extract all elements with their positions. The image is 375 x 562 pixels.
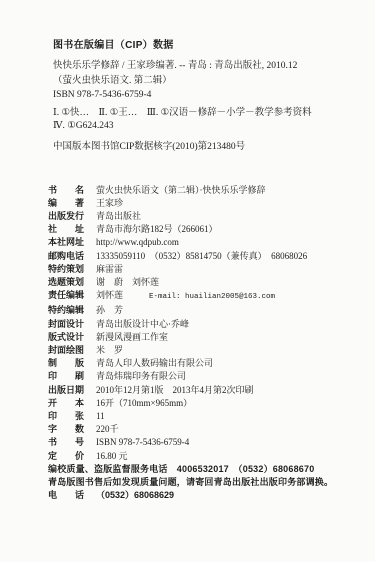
- table-row-responsible-editor: 责任编辑 刘怀莲E-mail: huailian2005@163.com: [48, 289, 349, 304]
- table-row-publish-date: 出版日期 2010年12月第1版 2013年4月第2次印刷: [48, 384, 349, 397]
- row-value: 萤火虫快乐语文（第二辑）·快快乐乐学修辞: [96, 184, 349, 197]
- row-value: 米 罗: [96, 344, 349, 357]
- row-value: 220千: [96, 423, 349, 436]
- table-row-special-planner: 特约策划 麻雷雷: [48, 263, 349, 276]
- row-value: 谢 蔚 刘怀莲: [96, 276, 349, 289]
- row-value: （0532）68068629: [96, 489, 349, 502]
- row-label: 出版日期: [48, 384, 87, 397]
- row-label: 封面绘图: [48, 344, 87, 357]
- table-row-mail-order-phone: 邮购电话 13335059110 （0532）85814750（兼传真） 680…: [48, 250, 349, 263]
- row-label: 特约策划: [48, 263, 87, 276]
- table-row-topic-planner: 选题策划 谢 蔚 刘怀莲: [48, 276, 349, 289]
- row-value: 11: [96, 410, 349, 423]
- cip-record-number: 中国版本图书馆CIP数据核字(2010)第213480号: [53, 140, 349, 154]
- row-label: 封面设计: [48, 318, 87, 331]
- row-label: 制 版: [48, 357, 87, 370]
- cip-classification: Ⅰ. ①快… Ⅱ. ①王… Ⅲ. ①汉语－修辞－小学－教学参考资料 Ⅳ. ①G6…: [53, 107, 349, 134]
- row-value: 2010年12月第1版 2013年4月第2次印刷: [96, 384, 349, 397]
- row-label: 书 号: [48, 436, 87, 449]
- editor-name: 刘怀莲: [96, 290, 123, 300]
- row-value: 新漫风漫画工作室: [96, 331, 349, 344]
- cip-title-line: 快快乐乐学修辞 / 王家珍编著. -- 青岛 : 青岛出版社, 2010.12: [53, 59, 349, 74]
- row-value: 青岛炜瑞印务有限公司: [96, 370, 349, 383]
- row-label: 本社网址: [48, 236, 87, 249]
- row-value: 13335059110 （0532）85814750（兼传真） 68068026: [96, 250, 349, 263]
- row-value: 王家珍: [96, 197, 349, 210]
- row-value: 孙 芳: [96, 304, 349, 317]
- row-value: ISBN 978-7-5436-6759-4: [96, 436, 349, 449]
- editor-email: E-mail: huailian2005@163.com: [149, 293, 275, 301]
- table-row-printing: 印 刷 青岛炜瑞印务有限公司: [48, 370, 349, 383]
- row-label: 版式设计: [48, 331, 87, 344]
- row-value: 麻雷雷: [96, 263, 349, 276]
- row-value: 16开（710mm×965mm）: [96, 397, 349, 410]
- row-label: 印 刷: [48, 370, 87, 383]
- row-label: 责任编辑: [48, 289, 87, 304]
- cip-description: 快快乐乐学修辞 / 王家珍编著. -- 青岛 : 青岛出版社, 2010.12 …: [53, 59, 349, 103]
- row-label: 选题策划: [48, 276, 87, 289]
- table-row-plate-making: 制 版 青岛人印人数码输出有限公司: [48, 357, 349, 370]
- row-label: 书 名: [48, 184, 87, 197]
- table-row-publisher: 出版发行 青岛出版社: [48, 210, 349, 223]
- cip-isbn-line: ISBN 978-7-5436-6759-4: [53, 88, 349, 103]
- table-row-layout-design: 版式设计 新漫风漫画工作室: [48, 331, 349, 344]
- row-label: 社 址: [48, 223, 87, 236]
- table-row-book-title: 书 名 萤火虫快乐语文（第二辑）·快快乐乐学修辞: [48, 184, 349, 197]
- cip-class-line-1: Ⅰ. ①快… Ⅱ. ①王… Ⅲ. ①汉语－修辞－小学－教学参考资料: [53, 107, 349, 121]
- table-row-cover-design: 封面设计 青岛出版设计中心·乔峰: [48, 318, 349, 331]
- quality-hotline-notice: 编校质量、盗版监督服务电话 4006532017 （0532）68068670: [48, 463, 349, 476]
- row-label: 出版发行: [48, 210, 87, 223]
- cip-class-line-2: Ⅳ. ①G624.243: [53, 120, 349, 134]
- row-value: 青岛出版社: [96, 210, 349, 223]
- table-row-cover-illustration: 封面绘图 米 罗: [48, 344, 349, 357]
- table-row-word-count: 字 数 220千: [48, 423, 349, 436]
- row-value: 青岛出版设计中心·乔峰: [96, 318, 349, 331]
- row-value: http://www.qdpub.com: [96, 236, 349, 249]
- colophon-table: 书 名 萤火虫快乐语文（第二辑）·快快乐乐学修辞 编 著 王家珍 出版发行 青岛…: [48, 184, 349, 503]
- row-value: 刘怀莲E-mail: huailian2005@163.com: [96, 289, 349, 304]
- cip-series-line: （萤火虫快乐语文. 第二辑）: [53, 74, 349, 89]
- copyright-page: 图书在版编目（CIP）数据 快快乐乐学修辞 / 王家珍编著. -- 青岛 : 青…: [0, 0, 375, 562]
- cip-heading: 图书在版编目（CIP）数据: [53, 40, 349, 52]
- cip-section: 图书在版编目（CIP）数据 快快乐乐学修辞 / 王家珍编著. -- 青岛 : 青…: [53, 40, 349, 154]
- table-row-sheets: 印 张 11: [48, 410, 349, 423]
- table-row-website: 本社网址 http://www.qdpub.com: [48, 236, 349, 249]
- table-row-address: 社 址 青岛市海尔路182号（266061）: [48, 223, 349, 236]
- table-row-author: 编 著 王家珍: [48, 197, 349, 210]
- return-policy-notice: 青岛版图书售后如发现质量问题，请寄回青岛出版社出版印务部调换。: [48, 476, 349, 489]
- row-value: 青岛市海尔路182号（266061）: [96, 223, 349, 236]
- row-value: 16.80 元: [96, 450, 349, 463]
- table-row-format: 开 本 16开（710mm×965mm）: [48, 397, 349, 410]
- table-row-price: 定 价 16.80 元: [48, 450, 349, 463]
- row-label: 开 本: [48, 397, 87, 410]
- row-value: 青岛人印人数码输出有限公司: [96, 357, 349, 370]
- table-row-book-number: 书 号 ISBN 978-7-5436-6759-4: [48, 436, 349, 449]
- table-row-special-editor: 特约编辑 孙 芳: [48, 304, 349, 317]
- row-label: 定 价: [48, 450, 87, 463]
- row-label: 印 张: [48, 410, 87, 423]
- row-label: 电 话: [48, 489, 87, 502]
- row-label: 编 著: [48, 197, 87, 210]
- row-label: 邮购电话: [48, 250, 87, 263]
- row-label: 特约编辑: [48, 304, 87, 317]
- table-row-phone: 电 话 （0532）68068629: [48, 489, 349, 502]
- row-label: 字 数: [48, 423, 87, 436]
